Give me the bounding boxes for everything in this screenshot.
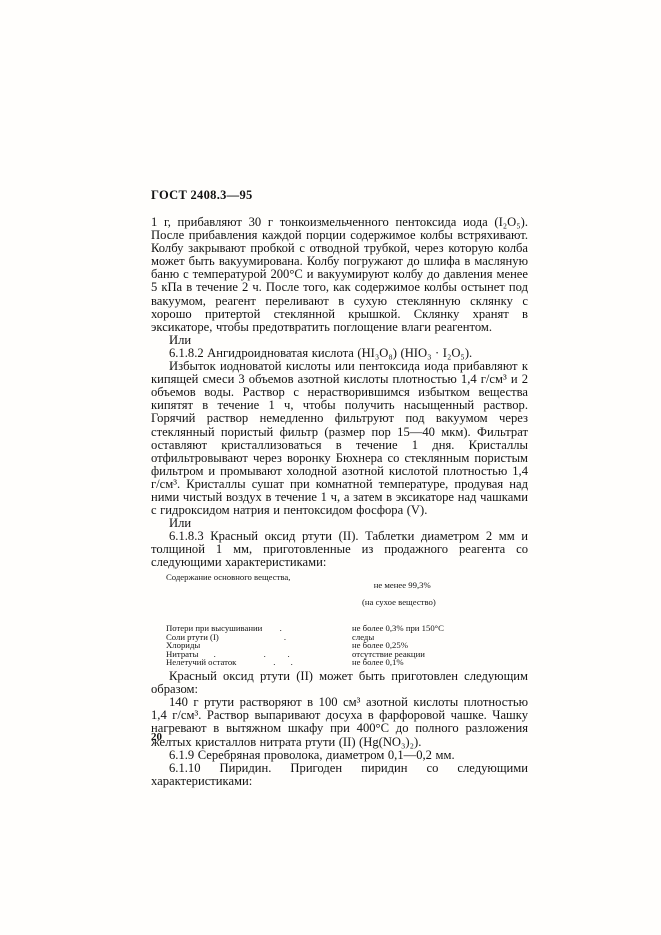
spec-value: не менее 99,3% (на сухое вещество) [352, 573, 522, 625]
spec-row: Нелетучий остаток . . не более 0,1% [166, 658, 522, 667]
paragraph-preparation: 140 г ртути растворяют в 100 см³ азотной… [151, 696, 528, 748]
spec-label: Нелетучий остаток . . [166, 658, 352, 667]
text-block: ГОСТ 2408.3—95 1 г, прибавляют 30 г тонк… [151, 189, 528, 788]
paragraph-red-oxide: Красный оксид ртути (II) может быть приг… [151, 670, 528, 696]
section-6-1-9: 6.1.9 Серебряная проволока, диаметром 0,… [151, 749, 528, 762]
paragraph-6-1-8-3: 6.1.8.3 Красный оксид ртути (II). Таблет… [151, 530, 528, 569]
spec-value-line-2: (на сухое вещество) [352, 598, 522, 607]
spec-value: не более 0,3% при 150°С [352, 624, 522, 633]
spec-table: Содержание основного вещества, не менее … [166, 573, 522, 668]
spec-value-line-1: не менее 99,3% [374, 580, 431, 590]
paragraph-6-1-8-2: Избыток иодноватой кислоты или пентоксид… [151, 360, 528, 517]
document-page: ГОСТ 2408.3—95 1 г, прибавляют 30 г тонк… [0, 0, 661, 935]
spec-value: не более 0,1% [352, 658, 522, 667]
paragraph-continuation: 1 г, прибавляют 30 г тонкоизмельченного … [151, 216, 528, 334]
spec-label: Содержание основного вещества, [166, 573, 352, 582]
document-header-gost-number: ГОСТ 2408.3—95 [151, 189, 528, 202]
section-6-1-10: 6.1.10 Пиридин. Пригоден пиридин со след… [151, 762, 528, 788]
page-number: 20 [151, 731, 162, 743]
spec-row: Содержание основного вещества, не менее … [166, 573, 522, 625]
paragraph-or-1: Или [151, 334, 528, 347]
spec-row: Соли ртути (I) . следы [166, 633, 522, 642]
